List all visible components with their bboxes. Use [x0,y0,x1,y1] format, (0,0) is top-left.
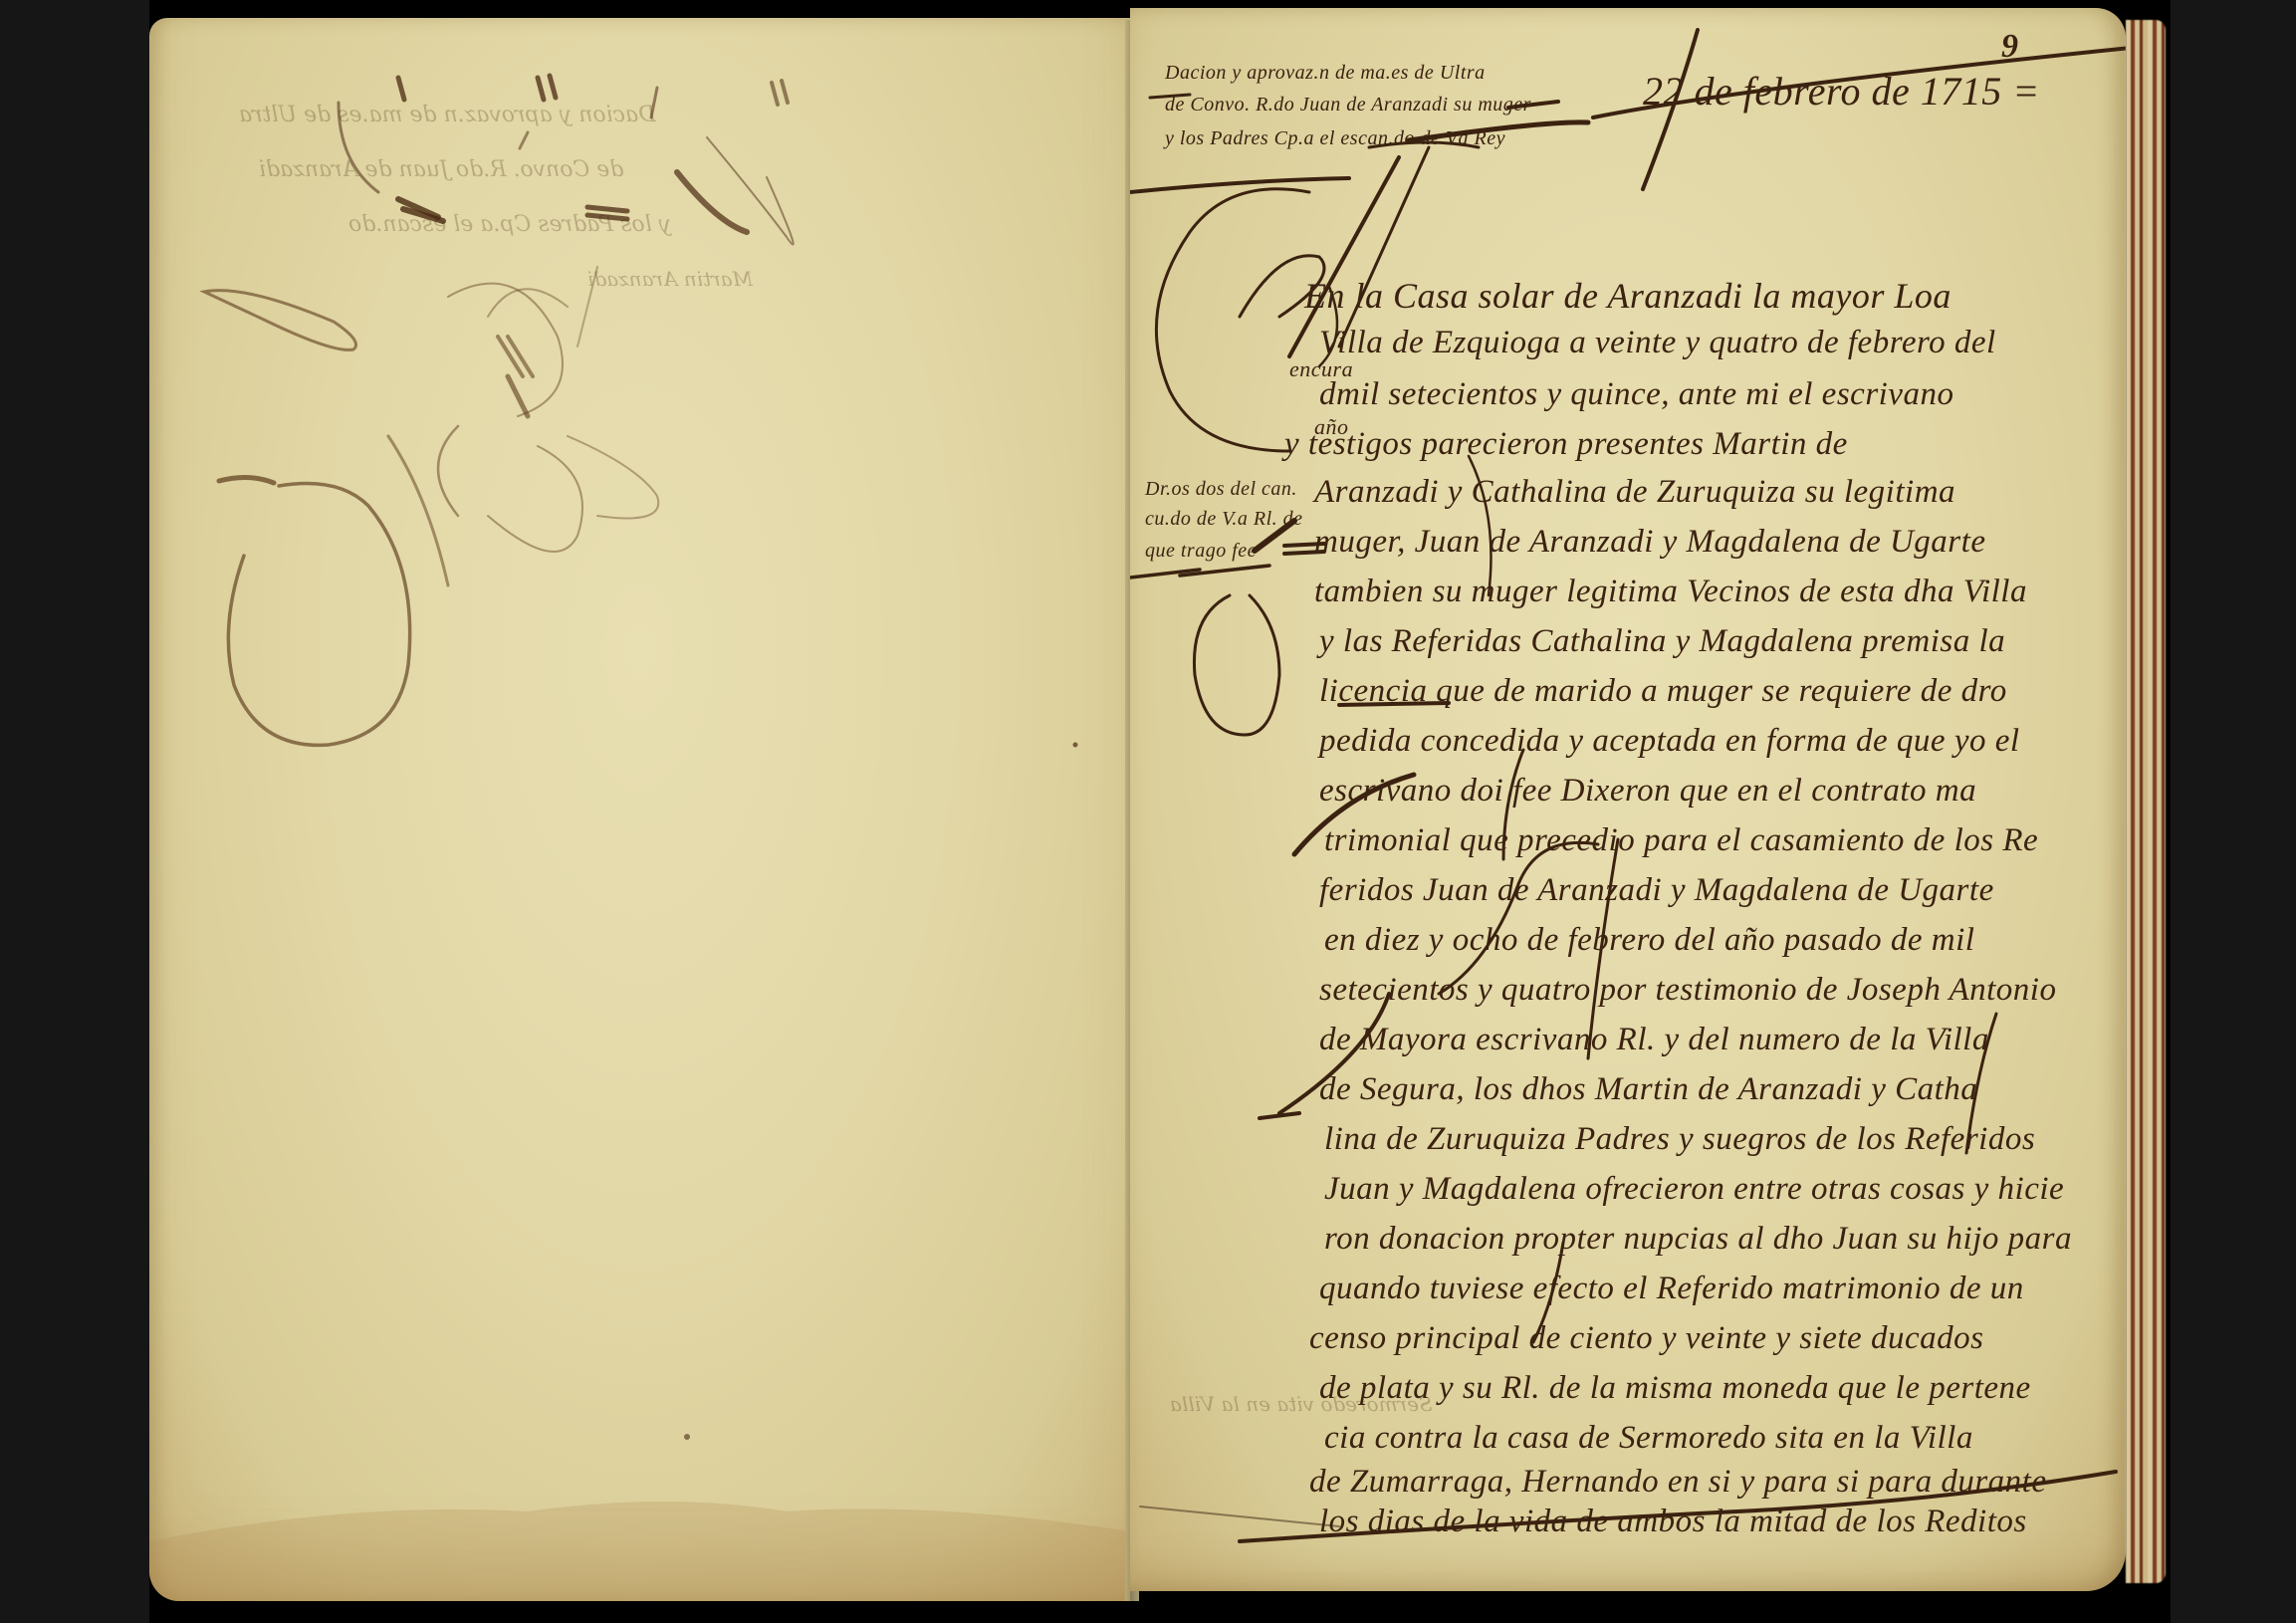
body-line: tambien su muger legitima Vecinos de est… [1314,574,2027,610]
image-viewer: Dacion y aprovaz.n de ma.es de Ultra de … [0,0,2296,1623]
body-line: en diez y ocho de febrero del año pasado… [1324,922,1974,959]
body-line: quando tuviese efecto el Referido matrim… [1319,1271,2024,1307]
body-line: muger, Juan de Aranzadi y Magdalena de U… [1314,524,1985,561]
page-fore-edge [2126,20,2166,1583]
body-line: y testigos parecieron presentes Martin d… [1284,426,1848,463]
left-page: Dacion y aprovaz.n de ma.es de Ultra de … [149,18,1130,1601]
body-line: En la Casa solar de Aranzadi la mayor Lo… [1304,275,1952,317]
right-page: 9 Dacion y aprovaz.n de ma.es de Ultra d… [1130,8,2126,1591]
body-line: escrivano doi fee Dixeron que en el cont… [1319,773,1976,810]
body-line: ron donacion propter nupcias al dho Juan… [1324,1221,2072,1258]
body-line: censo principal de ciento y veinte y sie… [1309,1320,1983,1357]
body-line: los dias de la vida de ambos la mitad de… [1319,1504,2027,1540]
body-line: de Segura, los dhos Martin de Aranzadi y… [1319,1071,1977,1108]
body-line: Aranzadi y Cathalina de Zuruquiza su leg… [1314,474,1955,511]
bleed-through-strokes [149,18,1130,1601]
body-line: setecientos y quatro por testimonio de J… [1319,972,2056,1009]
body-line: feridos Juan de Aranzadi y Magdalena de … [1319,872,1994,909]
manuscript-spread: Dacion y aprovaz.n de ma.es de Ultra de … [149,0,2171,1623]
body-line: trimonial que precedio para el casamient… [1324,822,2038,859]
body-line: cia contra la casa de Sermoredo sita en … [1324,1420,1973,1457]
body-line: licencia que de marido a muger se requie… [1319,673,2007,710]
body-line: de Zumarraga, Hernando en si y para si p… [1309,1464,2047,1501]
body-line: lina de Zuruquiza Padres y suegros de lo… [1324,1121,2035,1158]
body-line: y las Referidas Cathalina y Magdalena pr… [1319,623,2005,660]
body-line: Villa de Ezquioga a veinte y quatro de f… [1319,325,1996,361]
body-line: Juan y Magdalena ofrecieron entre otras … [1324,1171,2064,1208]
body-line: pedida concedida y aceptada en forma de … [1319,723,2020,760]
body-line: de Mayora escrivano Rl. y del numero de … [1319,1022,1989,1058]
bleed-through-text: Sermoredo vita en la Villa [1170,1392,1433,1416]
body-line: dmil setecientos y quince, ante mi el es… [1319,376,1953,413]
